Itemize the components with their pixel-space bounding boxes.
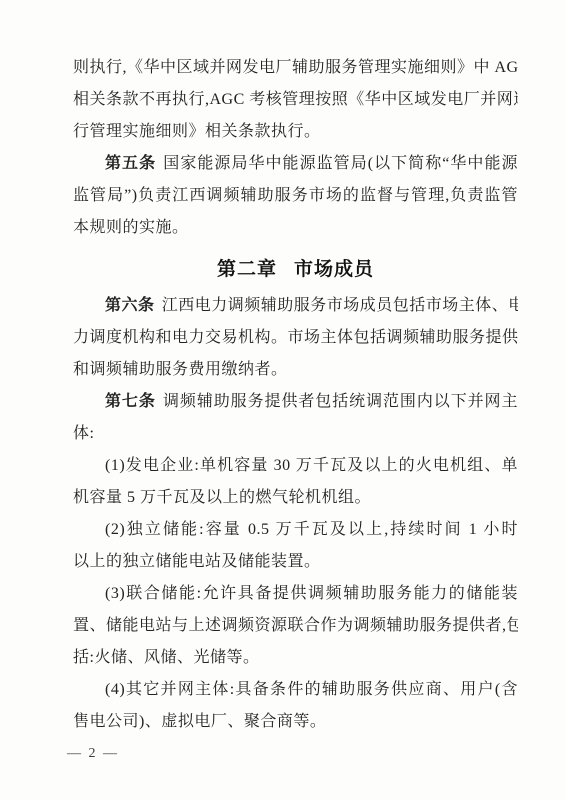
article-label: 第六条	[105, 297, 155, 314]
paragraph-line: 以上的独立储能电站及储能装置。	[73, 546, 518, 578]
paragraph-line: 则执行,《华中区域并网发电厂辅助服务管理实施细则》中 AGC	[73, 52, 518, 84]
paragraph-item-4: (4)其它并网主体:具备条件的辅助服务供应商、用户(含 售电公司)、虚拟电厂、聚…	[73, 674, 518, 738]
paragraph-line: 行管理实施细则》相关条款执行。	[73, 116, 518, 148]
paragraph-line: 第七条调频辅助服务提供者包括统调范围内以下并网主	[73, 386, 518, 418]
paragraph-line: 售电公司)、虚拟电厂、聚合商等。	[73, 706, 518, 738]
paragraph-article-6: 第六条江西电力调频辅助服务市场成员包括市场主体、电 力调度机构和电力交易机构。市…	[73, 290, 518, 386]
paragraph-line: 监管局”)负责江西调频辅助服务市场的监督与管理,负责监管	[73, 180, 518, 212]
article-label: 第七条	[105, 393, 156, 410]
paragraph-line: 机容量 5 万千瓦及以上的燃气轮机机组。	[73, 482, 518, 514]
paragraph-line: 本规则的实施。	[73, 212, 518, 244]
paragraph-line: 相关条款不再执行,AGC 考核管理按照《华中区域发电厂并网运	[73, 84, 518, 116]
paragraph-line: 第五条国家能源局华中能源监管局(以下简称“华中能源	[73, 148, 518, 180]
paragraph-text: 江西电力调频辅助服务市场成员包括市场主体、电	[162, 297, 518, 314]
paragraph-line: 置、储能电站与上述调频资源联合作为调频辅助服务提供者,包	[73, 610, 518, 642]
paragraph-item-2: (2)独立储能:容量 0.5 万千瓦及以上,持续时间 1 小时 以上的独立储能电…	[73, 514, 518, 578]
paragraph-item-1: (1)发电企业:单机容量 30 万千瓦及以上的火电机组、单 机容量 5 万千瓦及…	[73, 450, 518, 514]
chapter-number: 第二章	[217, 259, 277, 280]
article-label: 第五条	[105, 155, 156, 172]
paragraph-line: 括:火储、风储、光储等。	[73, 642, 518, 674]
paragraph-article-5: 第五条国家能源局华中能源监管局(以下简称“华中能源 监管局”)负责江西调频辅助服…	[73, 148, 518, 244]
paragraph-line: 和调频辅助服务费用缴纳者。	[73, 354, 518, 386]
paragraph-article-7: 第七条调频辅助服务提供者包括统调范围内以下并网主 体:	[73, 386, 518, 450]
paragraph-line: 力调度机构和电力交易机构。市场主体包括调频辅助服务提供者	[73, 322, 518, 354]
paragraph-line: 第六条江西电力调频辅助服务市场成员包括市场主体、电	[73, 290, 518, 322]
paragraph-line: (3)联合储能:允许具备提供调频辅助服务能力的储能装	[73, 578, 518, 610]
paragraph: 则执行,《华中区域并网发电厂辅助服务管理实施细则》中 AGC 相关条款不再执行,…	[73, 52, 518, 148]
paragraph-line: (4)其它并网主体:具备条件的辅助服务供应商、用户(含	[73, 674, 518, 706]
paragraph-item-3: (3)联合储能:允许具备提供调频辅助服务能力的储能装 置、储能电站与上述调频资源…	[73, 578, 518, 674]
paragraph-line: (1)发电企业:单机容量 30 万千瓦及以上的火电机组、单	[73, 450, 518, 482]
document-page: 则执行,《华中区域并网发电厂辅助服务管理实施细则》中 AGC 相关条款不再执行,…	[0, 0, 566, 800]
paragraph-text: 国家能源局华中能源监管局(以下简称“华中能源	[163, 155, 518, 172]
paragraph-text: 调频辅助服务提供者包括统调范围内以下并网主	[163, 393, 518, 410]
page-number-footer: — 2 —	[67, 744, 518, 764]
chapter-title: 市场成员	[294, 259, 374, 280]
paragraph-line: (2)独立储能:容量 0.5 万千瓦及以上,持续时间 1 小时	[73, 514, 518, 546]
chapter-heading: 第二章市场成员	[73, 256, 518, 284]
paragraph-line: 体:	[73, 418, 518, 450]
